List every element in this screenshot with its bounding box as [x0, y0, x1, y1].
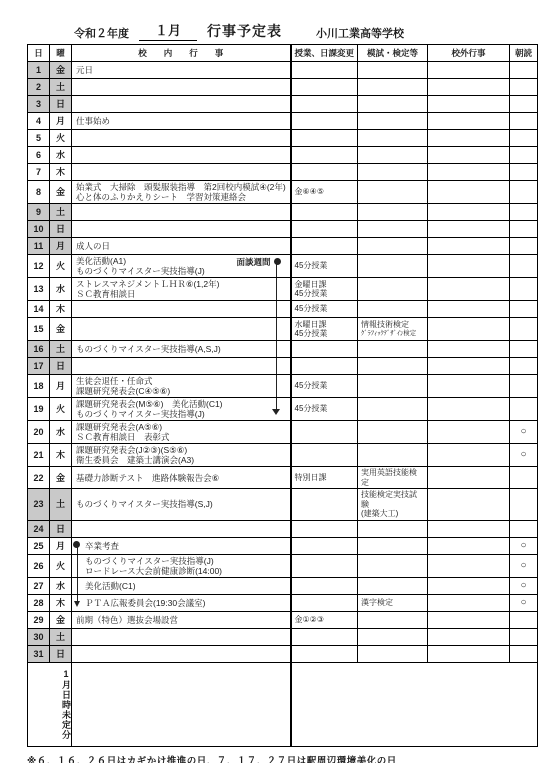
day-number: 27 [28, 577, 50, 594]
school-events-cell: 課題研究発表会(M⑤⑥) 美化活動(C1)ものづくりマイスター実技指導(J) [72, 398, 291, 421]
outside-events-cell [428, 301, 510, 318]
class-change-cell: 水曜日課45分授業 [291, 318, 358, 341]
exam-cell [358, 444, 428, 467]
outside-events-cell [428, 318, 510, 341]
schedule-row-3: 3日 [28, 96, 538, 113]
exam-cell [358, 520, 428, 537]
schedule-row-11: 11月成人の日 [28, 238, 538, 255]
exam-cell [358, 255, 428, 278]
morning-reading-cell [510, 489, 538, 521]
outside-events-cell [428, 358, 510, 375]
exam-text: 技能検定実技試験 [361, 490, 424, 509]
exam-cell [358, 301, 428, 318]
school-name: 小川工業高等学校 [316, 25, 404, 41]
outside-events-cell [428, 398, 510, 421]
span-line [276, 341, 277, 358]
day-number: 24 [28, 520, 50, 537]
school-events-cell: 始業式 大掃除 頭髪服装指導 第2回校内模試④(2年)心と体のふりかえりシート … [72, 181, 291, 204]
weekday: 月 [50, 537, 72, 554]
weekday: 金 [50, 181, 72, 204]
exam-cell [358, 181, 428, 204]
school-events-cell [72, 301, 291, 318]
morning-reading-cell [510, 147, 538, 164]
arrow-down-icon [272, 409, 280, 415]
school-events-cell [72, 147, 291, 164]
exam-text: 実用英語技能検定 [361, 468, 424, 487]
header-morning-reading: 朝読 [510, 45, 538, 62]
school-events-cell [72, 79, 291, 96]
event-text: 美化活動(C1) [85, 581, 286, 591]
header-school-events: 校 内 行 事 [72, 45, 291, 62]
class-change-cell [291, 62, 358, 79]
event-text: ものづくりマイスター実技指導(S,J) [76, 499, 286, 509]
event-text: ものづくりマイスター実技指導(J) [76, 409, 286, 419]
morning-reading-cell [510, 520, 538, 537]
schedule-row-2: 2土 [28, 79, 538, 96]
morning-reading-mark: ○ [520, 597, 526, 608]
morning-reading-cell [510, 221, 538, 238]
class-change-cell [291, 489, 358, 521]
exam-cell [358, 554, 428, 577]
event-text: 基礎力診断テスト 進路体験報告会⑥ [76, 473, 286, 483]
weekday: 金 [50, 611, 72, 628]
schedule-table: 日 曜 校 内 行 事 授業、日課変更 模試・検定等 校外行事 朝読 1金元日2… [27, 44, 538, 747]
span-line [77, 577, 78, 594]
outside-events-cell [428, 554, 510, 577]
exam-cell: 情報技術検定ｸﾞﾗﾌｨｯｸﾃﾞｻﾞｲﾝ検定 [358, 318, 428, 341]
outside-events-cell [428, 96, 510, 113]
school-events-cell: ものづくりマイスター実技指導(S,J) [72, 489, 291, 521]
day-number: 12 [28, 255, 50, 278]
schedule-body: 1金元日2土3日4月仕事始め5火6水7木8金始業式 大掃除 頭髪服装指導 第2回… [28, 62, 538, 663]
school-events-cell [72, 130, 291, 147]
header-outside-events: 校外行事 [428, 45, 510, 62]
exam-cell [358, 421, 428, 444]
event-text: ものづくりマイスター実技指導(J) [85, 556, 286, 566]
day-number: 17 [28, 358, 50, 375]
document-title: 行事予定表 [207, 21, 282, 41]
outside-events-cell [428, 113, 510, 130]
event-text: 元日 [76, 65, 286, 75]
school-events-cell: 基礎力診断テスト 進路体験報告会⑥ [72, 467, 291, 489]
exam-cell [358, 238, 428, 255]
morning-reading-cell [510, 204, 538, 221]
day-number: 7 [28, 164, 50, 181]
morning-reading-cell [510, 375, 538, 398]
morning-reading-cell: ○ [510, 577, 538, 594]
day-number: 1 [28, 62, 50, 79]
exam-cell [358, 96, 428, 113]
bullet-marker-icon [73, 541, 80, 548]
weekday: 水 [50, 577, 72, 594]
school-events-cell [72, 358, 291, 375]
weekday: 月 [50, 375, 72, 398]
class-change-text: 45分授業 [295, 381, 355, 391]
school-events-cell: ＰＴＡ広報委員会(19:30会議室) [72, 594, 291, 611]
class-change-text: 特別日課 [295, 473, 355, 483]
morning-reading-mark: ○ [520, 560, 526, 571]
header-weekday: 曜 [50, 45, 72, 62]
event-text: ストレスマネジメントＬＨＲ⑥(1,2年) [76, 279, 286, 289]
schedule-row-22: 22金基礎力診断テスト 進路体験報告会⑥特別日課実用英語技能検定 [28, 467, 538, 489]
class-change-text: 45分授業 [295, 289, 355, 299]
class-change-text: 金曜日課 [295, 280, 355, 290]
schedule-row-24: 24日 [28, 520, 538, 537]
event-text: 課題研究発表会(J②③)(S⑤⑥) [76, 445, 286, 455]
event-text: 卒業考査 [85, 541, 286, 551]
class-change-cell [291, 645, 358, 662]
class-change-cell [291, 204, 358, 221]
morning-reading-cell [510, 62, 538, 79]
class-change-text: 45分授業 [295, 329, 355, 339]
undecided-row: 1月日時未定分 [28, 662, 538, 746]
outside-events-cell [428, 221, 510, 238]
footnote: ※６，１６，２６日はカギかけ推進の日，７，１７，２７日は駅周辺環境美化の日 [27, 753, 541, 763]
morning-reading-cell [510, 467, 538, 489]
event-text: 衛生委員会 建築士講演会(A3) [76, 455, 286, 465]
outside-events-cell [428, 467, 510, 489]
weekday: 火 [50, 130, 72, 147]
schedule-row-19: 19火課題研究発表会(M⑤⑥) 美化活動(C1)ものづくりマイスター実技指導(J… [28, 398, 538, 421]
day-number: 8 [28, 181, 50, 204]
span-line [276, 375, 277, 398]
weekday: 土 [50, 204, 72, 221]
page-title: 令和２年度 １月 行事予定表 小川工業高等学校 [74, 20, 541, 41]
day-number: 31 [28, 645, 50, 662]
weekday: 日 [50, 358, 72, 375]
event-text: 生徒会退任・任命式 [76, 376, 286, 386]
morning-reading-cell [510, 645, 538, 662]
schedule-row-18: 18月生徒会退任・任命式課題研究発表会(C④⑤⑥)45分授業 [28, 375, 538, 398]
school-events-cell [72, 221, 291, 238]
day-number: 21 [28, 444, 50, 467]
class-change-cell: 特別日課 [291, 467, 358, 489]
morning-reading-cell [510, 96, 538, 113]
school-events-cell [72, 628, 291, 645]
day-number: 10 [28, 221, 50, 238]
schedule-row-6: 6水 [28, 147, 538, 164]
event-text: 始業式 大掃除 頭髪服装指導 第2回校内模試④(2年) [76, 182, 286, 192]
day-number: 30 [28, 628, 50, 645]
school-events-cell: ものづくりマイスター実技指導(J)ロードレース大会前健康診断(14:00) [72, 554, 291, 577]
fiscal-year-label: 令和２年度 [74, 25, 129, 41]
schedule-row-8: 8金始業式 大掃除 頭髪服装指導 第2回校内模試④(2年)心と体のふりかえりシー… [28, 181, 538, 204]
schedule-row-4: 4月仕事始め [28, 113, 538, 130]
outside-events-cell [428, 375, 510, 398]
schedule-row-17: 17日 [28, 358, 538, 375]
school-events-cell: ストレスマネジメントＬＨＲ⑥(1,2年)ＳＣ教育相談日 [72, 278, 291, 301]
weekday: 日 [50, 221, 72, 238]
class-change-cell [291, 96, 358, 113]
day-number: 29 [28, 611, 50, 628]
school-events-cell [72, 645, 291, 662]
morning-reading-cell [510, 318, 538, 341]
schedule-row-25: 25月卒業考査○ [28, 537, 538, 554]
morning-reading-cell [510, 181, 538, 204]
day-number: 11 [28, 238, 50, 255]
class-change-cell [291, 130, 358, 147]
weekday: 土 [50, 489, 72, 521]
span-line [276, 278, 277, 301]
day-number: 4 [28, 113, 50, 130]
school-events-cell: 成人の日 [72, 238, 291, 255]
exam-cell [358, 113, 428, 130]
morning-reading-mark: ○ [520, 426, 526, 437]
exam-cell [358, 147, 428, 164]
exam-cell [358, 375, 428, 398]
class-change-cell [291, 577, 358, 594]
exam-cell [358, 164, 428, 181]
schedule-row-27: 27水美化活動(C1)○ [28, 577, 538, 594]
outside-events-cell [428, 645, 510, 662]
schedule-row-15: 15金水曜日課45分授業情報技術検定ｸﾞﾗﾌｨｯｸﾃﾞｻﾞｲﾝ検定 [28, 318, 538, 341]
exam-cell: 実用英語技能検定 [358, 467, 428, 489]
class-change-text: 45分授業 [295, 404, 355, 414]
header-day: 日 [28, 45, 50, 62]
weekday: 木 [50, 594, 72, 611]
school-events-cell [72, 164, 291, 181]
outside-events-cell [428, 164, 510, 181]
class-change-text: 金⑥④⑤ [295, 187, 355, 197]
exam-text: 情報技術検定 [361, 320, 424, 330]
outside-events-cell [428, 628, 510, 645]
class-change-cell [291, 421, 358, 444]
morning-reading-mark: ○ [520, 540, 526, 551]
class-change-cell [291, 221, 358, 238]
event-text: 課題研究発表会(A⑤⑥) [76, 422, 286, 432]
schedule-row-12: 12火美化活動(A1)ものづくりマイスター実技指導(J)面談週間45分授業 [28, 255, 538, 278]
schedule-row-7: 7木 [28, 164, 538, 181]
event-text: ロードレース大会前健康診断(14:00) [85, 566, 286, 576]
school-events-cell: 仕事始め [72, 113, 291, 130]
weekday: 日 [50, 645, 72, 662]
day-number: 5 [28, 130, 50, 147]
exam-cell [358, 645, 428, 662]
weekday: 月 [50, 113, 72, 130]
month-label: １月 [139, 20, 197, 41]
event-text: 心と体のふりかえりシート 学習対策連絡会 [76, 192, 286, 202]
schedule-row-5: 5火 [28, 130, 538, 147]
school-events-cell: 美化活動(A1)ものづくりマイスター実技指導(J)面談週間 [72, 255, 291, 278]
class-change-cell [291, 79, 358, 96]
exam-cell [358, 358, 428, 375]
schedule-row-20: 20水課題研究発表会(A⑤⑥)ＳＣ教育相談日 表彰式○ [28, 421, 538, 444]
day-number: 15 [28, 318, 50, 341]
outside-events-cell [428, 181, 510, 204]
schedule-row-16: 16土ものづくりマイスター実技指導(A,S,J) [28, 341, 538, 358]
exam-text: (建築大工) [361, 509, 424, 519]
school-events-cell: 生徒会退任・任命式課題研究発表会(C④⑤⑥) [72, 375, 291, 398]
exam-cell [358, 611, 428, 628]
exam-cell [358, 130, 428, 147]
morning-reading-cell: ○ [510, 444, 538, 467]
day-number: 20 [28, 421, 50, 444]
schedule-row-31: 31日 [28, 645, 538, 662]
weekday: 水 [50, 278, 72, 301]
day-number: 28 [28, 594, 50, 611]
weekday: 日 [50, 520, 72, 537]
class-change-text: 45分授業 [295, 304, 355, 314]
morning-reading-cell [510, 278, 538, 301]
school-events-cell [72, 96, 291, 113]
class-change-cell: 金①②③ [291, 611, 358, 628]
exam-text: 漢字検定 [361, 598, 424, 608]
morning-reading-cell [510, 341, 538, 358]
morning-reading-cell [510, 611, 538, 628]
exam-cell [358, 204, 428, 221]
class-change-cell: 45分授業 [291, 255, 358, 278]
span-line [276, 358, 277, 375]
schedule-row-23: 23土ものづくりマイスター実技指導(S,J)技能検定実技試験(建築大工) [28, 489, 538, 521]
outside-events-cell [428, 421, 510, 444]
exam-cell [358, 79, 428, 96]
outside-events-cell [428, 238, 510, 255]
weekday: 木 [50, 301, 72, 318]
class-change-cell: 45分授業 [291, 398, 358, 421]
class-change-cell [291, 554, 358, 577]
header-row: 日 曜 校 内 行 事 授業、日課変更 模試・検定等 校外行事 朝読 [28, 45, 538, 62]
event-text: ものづくりマイスター実技指導(J) [76, 266, 286, 276]
morning-reading-cell [510, 130, 538, 147]
class-change-cell [291, 594, 358, 611]
morning-reading-cell [510, 164, 538, 181]
morning-reading-cell [510, 255, 538, 278]
span-line [276, 264, 277, 278]
morning-reading-mark: ○ [520, 580, 526, 591]
outside-events-cell [428, 611, 510, 628]
day-number: 14 [28, 301, 50, 318]
exam-text: ｸﾞﾗﾌｨｯｸﾃﾞｻﾞｲﾝ検定 [361, 329, 424, 339]
morning-reading-cell [510, 358, 538, 375]
exam-cell [358, 537, 428, 554]
exam-cell [358, 221, 428, 238]
weekday: 金 [50, 62, 72, 79]
header-class-change: 授業、日課変更 [291, 45, 358, 62]
schedule-row-10: 10日 [28, 221, 538, 238]
day-number: 9 [28, 204, 50, 221]
weekday: 火 [50, 255, 72, 278]
event-text: 課題研究発表会(M⑤⑥) 美化活動(C1) [76, 399, 286, 409]
event-text: ＳＣ教育相談日 [76, 289, 286, 299]
class-change-cell: 45分授業 [291, 375, 358, 398]
span-line [276, 301, 277, 318]
school-events-cell: ものづくりマイスター実技指導(A,S,J) [72, 341, 291, 358]
day-number: 16 [28, 341, 50, 358]
school-events-cell [72, 520, 291, 537]
day-number: 13 [28, 278, 50, 301]
outside-events-cell [428, 444, 510, 467]
outside-events-cell [428, 62, 510, 79]
exam-cell [358, 62, 428, 79]
exam-cell [358, 628, 428, 645]
undecided-right-cell [291, 662, 538, 746]
weekday: 木 [50, 444, 72, 467]
span-line [77, 547, 78, 555]
event-text: 成人の日 [76, 241, 286, 251]
class-change-cell [291, 628, 358, 645]
morning-reading-mark: ○ [520, 449, 526, 460]
morning-reading-cell: ○ [510, 554, 538, 577]
outside-events-cell [428, 147, 510, 164]
event-text: 課題研究発表会(C④⑤⑥) [76, 386, 286, 396]
schedule-row-9: 9土 [28, 204, 538, 221]
weekday: 月 [50, 238, 72, 255]
event-text: ＰＴＡ広報委員会(19:30会議室) [85, 598, 286, 608]
undecided-events-cell [72, 662, 291, 746]
school-events-cell: 課題研究発表会(J②③)(S⑤⑥)衛生委員会 建築士講演会(A3) [72, 444, 291, 467]
class-change-text: 45分授業 [295, 261, 355, 271]
day-number: 2 [28, 79, 50, 96]
morning-reading-cell [510, 79, 538, 96]
class-change-cell: 45分授業 [291, 301, 358, 318]
class-change-cell [291, 341, 358, 358]
class-change-cell [291, 444, 358, 467]
school-events-cell: 元日 [72, 62, 291, 79]
morning-reading-cell: ○ [510, 594, 538, 611]
class-change-cell [291, 537, 358, 554]
event-text: ＳＣ教育相談日 表彰式 [76, 432, 286, 442]
outside-events-cell [428, 130, 510, 147]
exam-cell: 技能検定実技試験(建築大工) [358, 489, 428, 521]
weekday: 土 [50, 79, 72, 96]
exam-cell [358, 278, 428, 301]
schedule-row-13: 13水ストレスマネジメントＬＨＲ⑥(1,2年)ＳＣ教育相談日金曜日課45分授業 [28, 278, 538, 301]
interview-week-label: 面談週間 [236, 257, 270, 267]
outside-events-cell [428, 341, 510, 358]
school-events-cell: 前期（特色）選抜会場設営 [72, 611, 291, 628]
weekday: 火 [50, 398, 72, 421]
class-change-cell [291, 147, 358, 164]
morning-reading-cell [510, 628, 538, 645]
weekday: 水 [50, 421, 72, 444]
school-events-cell [72, 318, 291, 341]
undecided-label: 1月日時未定分 [28, 662, 72, 746]
class-change-cell [291, 520, 358, 537]
day-number: 23 [28, 489, 50, 521]
class-change-cell [291, 164, 358, 181]
morning-reading-cell [510, 398, 538, 421]
exam-cell [358, 577, 428, 594]
weekday: 金 [50, 318, 72, 341]
outside-events-cell [428, 278, 510, 301]
weekday: 日 [50, 96, 72, 113]
outside-events-cell [428, 537, 510, 554]
event-text: 仕事始め [76, 116, 286, 126]
class-change-cell [291, 358, 358, 375]
school-events-cell: 卒業考査 [72, 537, 291, 554]
class-change-text: 水曜日課 [295, 320, 355, 330]
weekday: 火 [50, 554, 72, 577]
school-events-cell [72, 204, 291, 221]
school-events-cell: 課題研究発表会(A⑤⑥)ＳＣ教育相談日 表彰式 [72, 421, 291, 444]
exam-cell [358, 341, 428, 358]
outside-events-cell [428, 577, 510, 594]
weekday: 土 [50, 628, 72, 645]
schedule-row-28: 28木ＰＴＡ広報委員会(19:30会議室)漢字検定○ [28, 594, 538, 611]
day-number: 26 [28, 554, 50, 577]
day-number: 22 [28, 467, 50, 489]
schedule-row-14: 14木45分授業 [28, 301, 538, 318]
arrow-down-icon [74, 601, 80, 607]
class-change-text: 金①②③ [295, 615, 355, 625]
event-text: 前期（特色）選抜会場設営 [76, 615, 286, 625]
morning-reading-cell: ○ [510, 537, 538, 554]
weekday: 木 [50, 164, 72, 181]
outside-events-cell [428, 79, 510, 96]
morning-reading-cell [510, 113, 538, 130]
outside-events-cell [428, 594, 510, 611]
event-text: ものづくりマイスター実技指導(A,S,J) [76, 344, 286, 354]
